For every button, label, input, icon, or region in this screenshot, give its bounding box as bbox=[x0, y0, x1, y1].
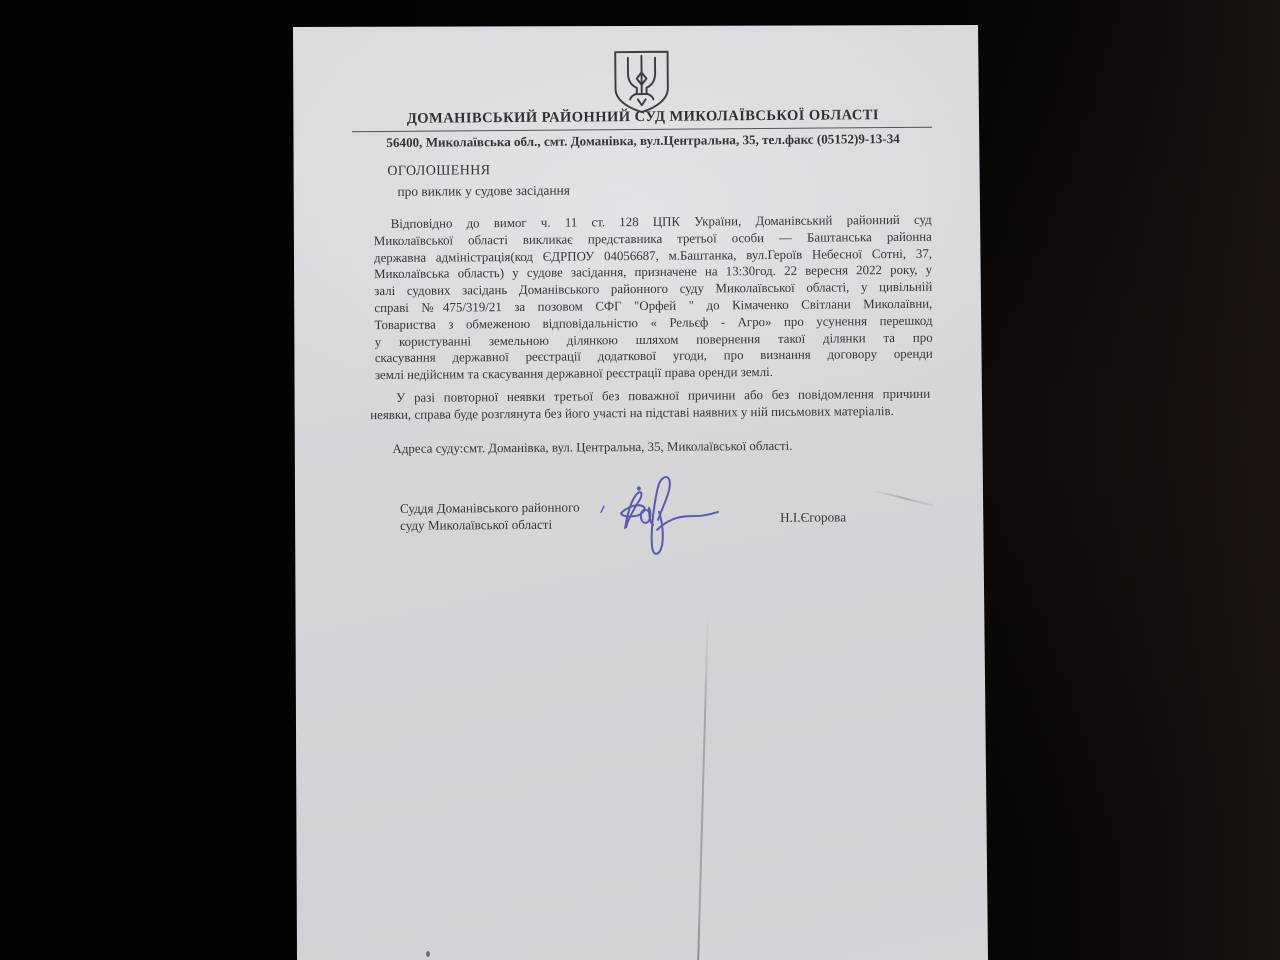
paragraph-1: Відповідно до вимог ч. 11 ст. 128 ЦПК Ук… bbox=[374, 212, 933, 384]
body-line: неявки, справа буде розглянута без його … bbox=[370, 403, 930, 424]
signature-ink bbox=[595, 467, 728, 570]
document-title: ОГОЛОШЕННЯ bbox=[387, 163, 490, 180]
court-name: ДОМАНІВСЬКИЙ РАЙОННИЙ СУД МИКОЛАЇВСЬКОЇ … bbox=[353, 107, 933, 129]
court-address-line: Адреса суду:смт. Доманівка, вул. Централ… bbox=[392, 439, 792, 457]
judge-title-line1: Суддя Доманівського районного bbox=[400, 499, 580, 517]
photo-scene: ДОМАНІВСЬКИЙ РАЙОННИЙ СУД МИКОЛАЇВСЬКОЇ … bbox=[0, 0, 1280, 960]
ukraine-trident-icon bbox=[610, 50, 673, 114]
judge-title: Суддя Доманівського районного суду Микол… bbox=[400, 499, 580, 534]
judge-name: Н.І.Єгорова bbox=[780, 509, 846, 526]
court-address-header: 56400, Миколаївська обл., смт. Доманівка… bbox=[353, 131, 933, 152]
judge-title-line2: суду Миколаївської області bbox=[400, 516, 580, 534]
body-line: землі недійсним та скасування державної … bbox=[375, 363, 933, 384]
document-subtitle: про виклик у судове засідання bbox=[397, 183, 570, 200]
document-content: ДОМАНІВСЬКИЙ РАЙОННИЙ СУД МИКОЛАЇВСЬКОЇ … bbox=[0, 0, 1280, 960]
paragraph-2: У разі повторної неявки третьої без пова… bbox=[370, 386, 930, 424]
